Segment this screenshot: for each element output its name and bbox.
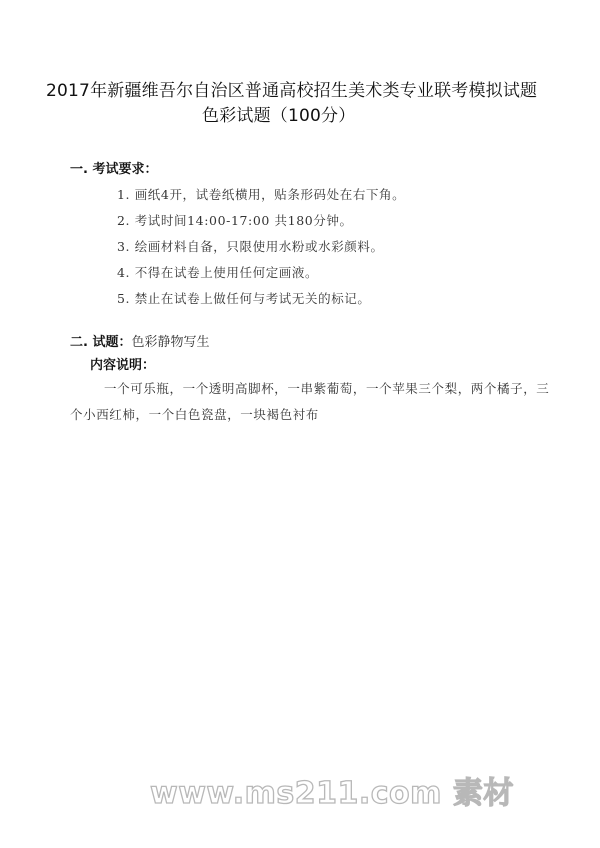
requirement-item-4: 4. 不得在试卷上使用任何定画液。 [117,263,318,281]
watermark: www.ms211.com 素材 [150,768,514,812]
section1-heading: 一. 考试要求： [70,158,157,177]
requirement-item-3: 3. 绘画材料自备，只限使用水粉或水彩颜料。 [117,237,384,255]
requirement-item-1: 1. 画纸4开，试卷纸横用，贴条形码处在右下角。 [117,185,405,203]
section2-topic: 色彩静物写生 [131,335,209,350]
content-description-heading: 内容说明： [90,354,155,373]
content-description-line-2: 个小西红柿，一个白色瓷盘，一块褐色衬布 [70,405,319,423]
requirement-item-5: 5. 禁止在试卷上做任何与考试无关的标记。 [117,289,371,307]
section2-heading: 二. 试题：色彩静物写生 [70,331,209,350]
document-subtitle: 色彩试题（100分） [202,101,355,126]
section2-label: 二. 试题： [70,335,131,350]
requirement-item-2: 2. 考试时间14:00-17:00 共180分钟。 [117,211,353,229]
document-title: 2017年新疆维吾尔自治区普通高校招生美术类专业联考模拟试题 [46,76,537,101]
content-description-line-1: 一个可乐瓶，一个透明高脚杯，一串紫葡萄，一个苹果三个梨，两个橘子，三 [104,379,549,397]
